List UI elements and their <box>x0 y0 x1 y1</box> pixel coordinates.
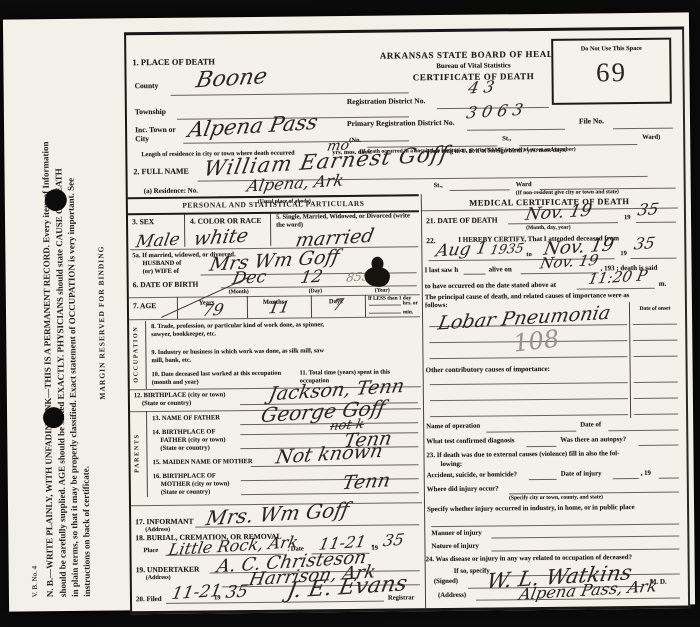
father-name-value: George Goff <box>259 397 387 425</box>
rule-line <box>659 478 679 479</box>
rule-line <box>577 288 655 290</box>
parents-group-label: PARENTS <box>133 413 141 493</box>
county-value: Boone <box>194 66 269 92</box>
cell-divider <box>146 411 148 497</box>
injury-19-label: , 19 <box>641 470 651 478</box>
rule-line <box>526 446 556 447</box>
specify-where-label: Specify whether injury occurred in indus… <box>427 504 635 514</box>
injury-date-label: Date of injury <box>561 470 602 479</box>
autopsy-label: Was there an autopsy? <box>560 436 626 445</box>
residence-label: (a) Residence: No. <box>144 187 198 196</box>
day-caption: (Day) <box>309 288 322 295</box>
cell-divider <box>184 213 185 247</box>
rule-line <box>608 430 678 432</box>
mother-bp-value: Tenn <box>341 471 392 493</box>
accident-label: Accident, suicide, or homicide? <box>427 471 517 480</box>
m-label: m. <box>659 280 667 288</box>
ink-blot <box>371 257 383 271</box>
township-label: Township <box>135 107 166 116</box>
age-label: 7. AGE <box>133 301 156 310</box>
registration-district-label: Registration District No. <box>347 96 426 106</box>
operation-date-label: Date of <box>580 421 601 429</box>
registration-district-value: 43 <box>467 79 501 97</box>
ward-label-2: Ward <box>516 181 532 189</box>
dod-year-printed: 19 <box>624 214 631 222</box>
birthplace-label: 12. BIRTHPLACE (city or town) <box>134 391 226 400</box>
month-caption: (Month) <box>229 289 249 296</box>
certificate-form: 1. PLACE OF DEATH County Boone Township … <box>124 26 690 614</box>
street-no-label: (No. <box>349 137 361 145</box>
industry-label: 9. Industry or business in which work wa… <box>151 347 329 364</box>
manner-label: Manner of injury <box>431 530 482 539</box>
cell-divider <box>365 295 366 317</box>
cell-divider <box>270 212 271 246</box>
city-value: Alpena Pass <box>186 112 319 141</box>
occupation-group-label: OCCUPATION <box>132 321 140 387</box>
rule-line <box>634 414 678 415</box>
margin-reserved-label: MARGIN RESERVED FOR BINDING <box>94 49 109 597</box>
city-label: Inc. Town or <box>135 125 176 134</box>
cell-divider <box>145 321 147 389</box>
primary-district-value: 3063 <box>465 102 529 122</box>
mother-name-label: 15. MAIDEN NAME OF MOTHER <box>153 458 253 467</box>
rule-line <box>369 304 401 305</box>
rule-line <box>183 140 409 143</box>
rule-line <box>464 274 486 275</box>
rule-line <box>636 222 676 223</box>
residence-value: Alpena, Ark <box>246 173 345 195</box>
race-value: white <box>192 227 250 249</box>
date-of-death-value: Nov. 19 <box>524 203 593 224</box>
age-years-value: 79 <box>201 302 225 319</box>
last-saw-date: Nov. 19 <box>539 253 600 272</box>
ward-label: Ward) <box>642 134 660 142</box>
rule-line <box>634 398 678 399</box>
rule-line <box>634 382 678 383</box>
stamp-label: Do Not Use This Space <box>553 45 669 54</box>
age-months-value: 11 <box>267 299 291 316</box>
date-of-death-label: 21. DATE OF DEATH <box>426 215 498 225</box>
street-label: St., <box>502 135 511 143</box>
mother-bp-label-3: (State or country) <box>161 488 210 496</box>
column-divider <box>421 194 426 608</box>
undertaker-address-label: (Address) <box>146 575 171 582</box>
binding-margin-text: V. B. No. 4 N. B.—WRITE PLAINLY, WITH UN… <box>25 49 109 598</box>
where-injury-note: (Specify city or town, county, and state… <box>509 494 603 502</box>
mother-bp-label-2: MOTHER (city or town) <box>161 480 230 489</box>
rule-line <box>521 272 599 274</box>
death-time-value: 11:20 P <box>587 268 649 287</box>
rule-line <box>241 478 419 481</box>
onset-column-divider <box>629 302 631 418</box>
rule-line <box>430 414 628 417</box>
rule-line <box>633 356 677 357</box>
burial-place-label: Place <box>143 547 158 555</box>
county-label: County <box>135 81 159 90</box>
occurred-text: to have occurred on the date stated abov… <box>425 281 556 291</box>
rule-line <box>638 445 678 446</box>
mother-name-value: Not known <box>274 442 384 468</box>
father-bp-label-3: (State or country) <box>160 444 209 452</box>
certify-number: 22. <box>426 236 435 245</box>
rule-line <box>450 189 510 191</box>
city-label-2: City <box>135 134 149 143</box>
undertaker-label: 19. UNDERTAKER <box>136 565 200 575</box>
dob-month-value: Dec <box>231 269 268 288</box>
to-year-printed: 19 <box>620 250 627 258</box>
nature-label: Nature of injury <box>431 543 479 552</box>
year-caption: (Year) <box>375 288 390 295</box>
diagnosis-label: What test confirmed diagnosis <box>426 437 514 446</box>
primary-district-label: Primary Registration District No. <box>347 118 455 128</box>
rule-line <box>633 340 677 341</box>
rule-line <box>369 312 401 313</box>
cause-code-pencil: 108 <box>512 326 560 355</box>
to-year-hw: 35 <box>633 235 657 252</box>
signed-label: (Signed) <box>434 578 458 586</box>
attended-from-year: 1935 <box>489 242 525 257</box>
age-days-value: 7 <box>331 297 344 314</box>
hole-punch <box>43 407 64 428</box>
wife-of-label: (or) WIFE of <box>143 268 179 276</box>
trade-label: 8. Trade, profession, or particular kind… <box>151 321 329 338</box>
father-bp-label-2: FATHER (city or town) <box>160 436 225 444</box>
filed-label: 20. Filed <box>136 595 162 604</box>
hole-punch <box>45 189 67 211</box>
rule-line <box>241 492 419 495</box>
external-causes-label-2: lowing: <box>441 461 463 469</box>
registrar-label: Registrar <box>388 594 414 602</box>
rule-line <box>467 129 565 131</box>
rule-line <box>431 524 679 528</box>
external-causes-label: 23. If death was due to external causes … <box>426 450 619 460</box>
rule-line <box>171 92 409 95</box>
form-number: V. B. No. 4 <box>25 49 39 597</box>
hrs-caption: hrs. or <box>403 300 418 307</box>
rule-line <box>519 144 637 146</box>
file-no-label: File No. <box>579 116 604 125</box>
rule-line <box>430 382 628 385</box>
certificate-page: V. B. No. 4 N. B.—WRITE PLAINLY, WITH UN… <box>3 12 695 611</box>
rule-line <box>613 478 639 479</box>
date-of-onset-label: Date of onset <box>633 306 677 313</box>
cell-divider <box>311 295 312 317</box>
rule-line <box>630 258 676 259</box>
if-so-specify-label: If so, specify <box>454 568 490 577</box>
race-label: 4. COLOR OR RACE <box>190 216 261 226</box>
sex-label: 3. SEX <box>132 217 154 226</box>
dob-label: 6. DATE OF BIRTH <box>133 280 199 290</box>
do-not-use-stamp-box: Do Not Use This Space 69 <box>551 38 672 105</box>
informant-label: 17. INFORMANT <box>135 517 193 527</box>
place-of-death-title: 1. PLACE OF DEATH <box>132 56 215 67</box>
scanned-death-certificate: { "colors": { "page": "#f3f0e9", "ink": … <box>0 0 700 627</box>
rule-line <box>529 479 557 480</box>
filed-year-printed: 19 <box>214 594 221 602</box>
burial-year-printed: 19 <box>371 545 378 553</box>
where-injury-label: Where did injury occur? <box>427 485 499 494</box>
dod-year-hw: 35 <box>636 201 660 218</box>
rule-line <box>491 536 679 539</box>
contributory-label: Other contributory causes of importance: <box>426 365 550 375</box>
rule-line <box>613 128 673 130</box>
filed-year-hw: 35 <box>224 584 249 602</box>
rule-line <box>430 398 628 401</box>
alive-on-text: alive on <box>489 265 512 274</box>
birthplace-label-2: (State or country) <box>142 400 191 408</box>
full-name-label: 2. FULL NAME <box>133 167 188 177</box>
rule-line <box>492 549 680 552</box>
min-caption: min. <box>403 309 413 315</box>
rule-line <box>429 356 627 359</box>
to-word: to <box>526 251 532 259</box>
rule-line <box>633 324 677 325</box>
dod-caption: (Month, day, year) <box>526 225 571 232</box>
husband-of-label: HUSBAND of <box>142 260 181 268</box>
stamp-number: 69 <box>553 56 669 88</box>
father-name-label: 13. NAME OF FATHER <box>152 414 220 423</box>
st-label-2: St., <box>434 182 443 190</box>
last-saw-text: I last saw h <box>425 266 459 275</box>
rule-line <box>486 431 576 433</box>
operation-label: Name of operation <box>426 423 480 432</box>
address-label: (Address) <box>438 592 466 600</box>
burial-year-hw: 35 <box>382 532 406 549</box>
attended-from-date: Aug 1 <box>434 240 488 260</box>
dob-day-value: 12 <box>299 269 324 287</box>
cell-divider <box>177 297 178 319</box>
cell-divider <box>247 296 248 318</box>
